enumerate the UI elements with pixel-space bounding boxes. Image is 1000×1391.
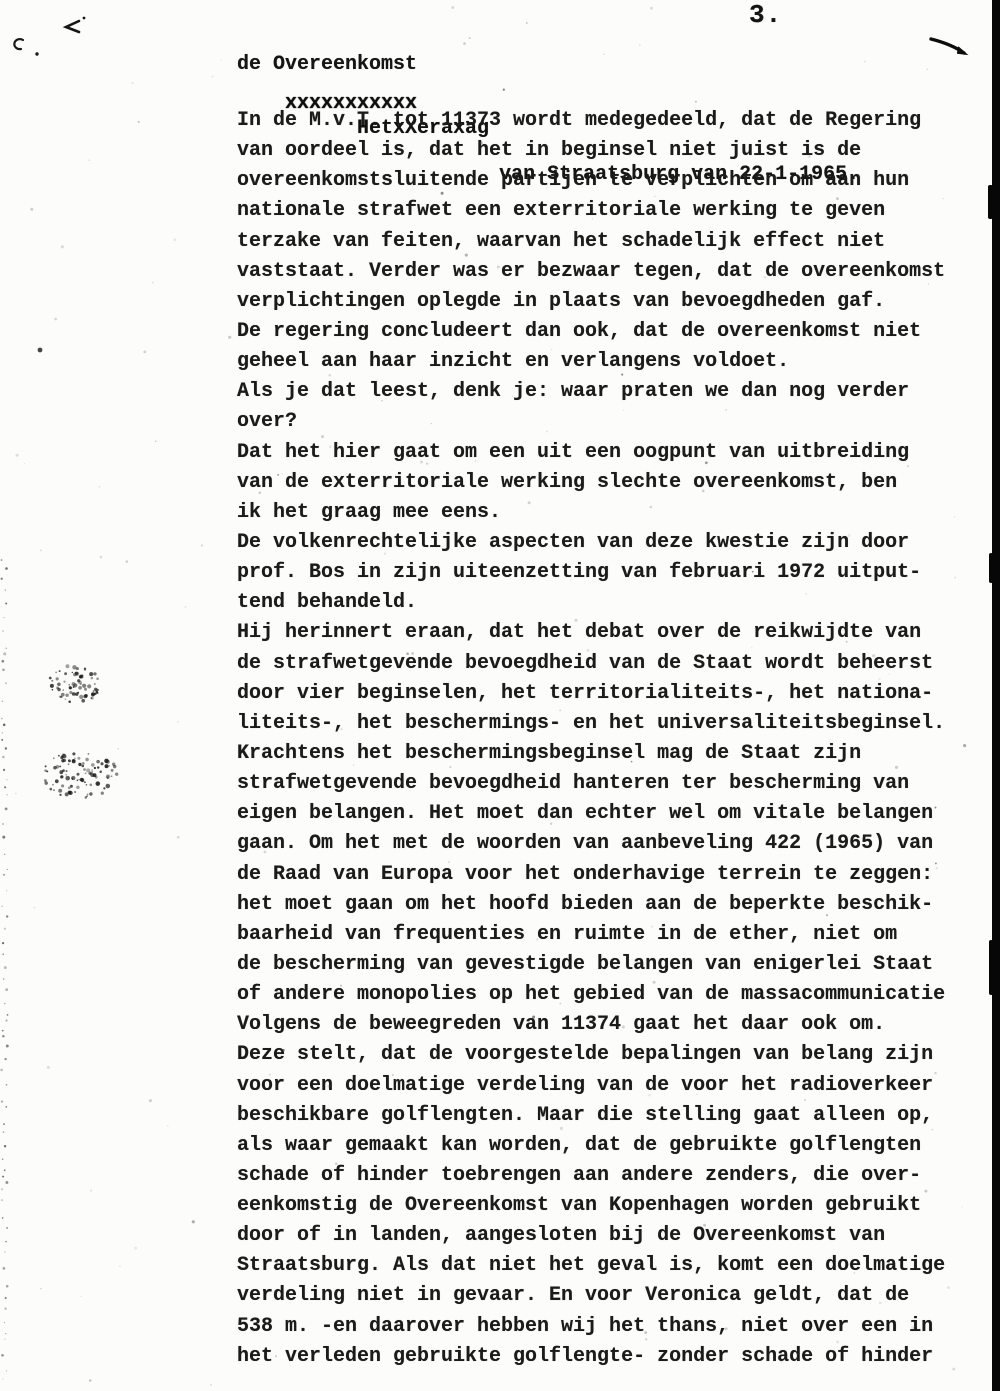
text-line: voor een doelmatige verdeling van de voo… [237,1071,977,1101]
text-line: de strafwetgevende bevoegdheid van de St… [237,649,977,679]
text-line: van de exterritoriale werking slechte ov… [237,468,977,498]
text-line: Dat het hier gaat om een uit een oogpunt… [237,438,977,468]
text-line: Hij herinnert eraan, dat het debat over … [237,618,977,648]
text-line: beschikbare golflengten. Maar die stelli… [237,1101,977,1131]
ink-smudge-2 [44,752,118,798]
text-line: 538 m. -en daarover hebben wij het thans… [237,1312,977,1342]
text-line: De volkenrechtelijke aspecten van deze k… [237,528,977,558]
ink-smudge-1 [49,664,99,703]
text-line: het moet gaan om het hoofd bieden aan de… [237,890,977,920]
text-line: In de M.v.T. tot 11373 wordt medegedeeld… [237,106,977,136]
text-line: het verleden gebruikte golflengte- zonde… [237,1342,977,1372]
scanner-edge-bump [988,185,993,219]
text-line: tend behandeld. [237,588,977,618]
text-line: Krachtens het beschermingsbeginsel mag d… [237,739,977,769]
pen-stroke-mark [931,39,964,53]
body-text: In de M.v.T. tot 11373 wordt medegedeeld… [237,106,977,1372]
pen-dot-2 [35,52,38,55]
scanner-edge-bump [989,940,993,995]
text-line: terzake van feiten, waarvan het schadeli… [237,227,977,257]
curl-pen-mark [14,39,23,49]
pen-dot [83,17,86,20]
text-line: de bescherming van gevestigde belangen v… [237,950,977,980]
text-line: liteits-, het beschermings- en het unive… [237,709,977,739]
text-line: door vier beginselen, het territorialite… [237,679,977,709]
text-line: Volgens de beweegreden van 11374 gaat he… [237,1010,977,1040]
text-line: De regering concludeert dan ook, dat de … [237,317,977,347]
ink-spot [38,348,43,353]
chevron-pen-mark [66,21,79,32]
text-line: overeenkomstsluitende partijen te verpli… [237,166,977,196]
text-line: baarheid van frequenties en ruimte in de… [237,920,977,950]
text-line: als waar gemaakt kan worden, dat de gebr… [237,1131,977,1161]
text-line: of andere monopolies op het gebied van d… [237,980,977,1010]
pen-stroke-tip [957,47,966,54]
text-line: Straatsburg. Als dat niet het geval is, … [237,1251,977,1281]
text-line: eenkomstig de Overeenkomst van Kopenhage… [237,1191,977,1221]
text-line: nationale strafwet een exterritoriale we… [237,196,977,226]
text-line: de Raad van Europa voor het onderhavige … [237,860,977,890]
scanner-black-edge [992,0,1000,1391]
text-line: strafwetgevende bevoegdheid hanteren ter… [237,769,977,799]
text-line: gaan. Om het met de woorden van aanbevel… [237,829,977,859]
text-line: Als je dat leest, denk je: waar praten w… [237,377,977,407]
text-line: ik het graag mee eens. [237,498,977,528]
text-line: eigen belangen. Het moet dan echter wel … [237,799,977,829]
text-line: prof. Bos in zijn uiteenzetting van febr… [237,558,977,588]
text-line: door of in landen, aangesloten bij de Ov… [237,1221,977,1251]
page-number: 3. [749,0,782,30]
text-line: verplichtingen oplegde in plaats van bev… [237,287,977,317]
text-line: van oordeel is, dat het in beginsel niet… [237,136,977,166]
text-line: vaststaat. Verder was er bezwaar tegen, … [237,257,977,287]
text-line: schade of hinder toebrengen aan andere z… [237,1161,977,1191]
text-line: verdeling niet in gevaar. En voor Veroni… [237,1281,977,1311]
text-line: geheel aan haar inzicht en verlangens vo… [237,347,977,377]
scanner-edge-bump [989,553,993,583]
document-page: 3. de Overeenkomst HetxXeraxag xxxxxxxxx… [0,0,1000,1391]
text-line: over? [237,407,977,437]
text-line: Deze stelt, dat de voorgestelde bepaling… [237,1040,977,1070]
left-edge-perforation-dots [0,559,8,1379]
